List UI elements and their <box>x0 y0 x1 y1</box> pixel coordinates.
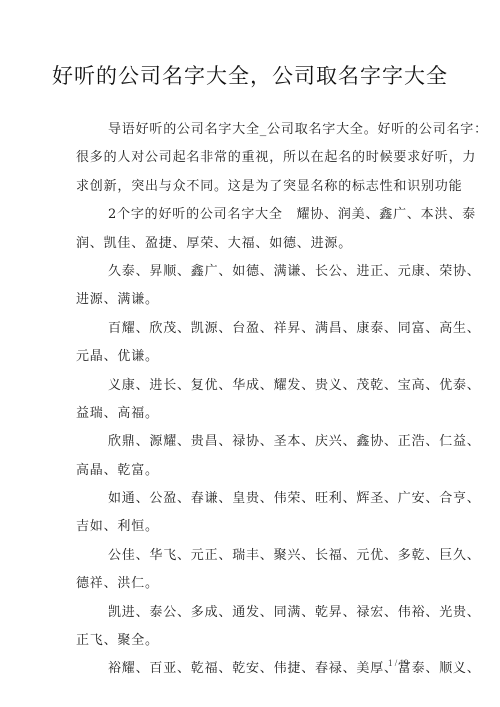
text-line: 很多的人对公司起名非常的重视，所以在起名的时候要求好听，力 <box>76 144 428 172</box>
text-line: 元晶、优谦。 <box>76 343 428 371</box>
text-line: 吉如、利恒。 <box>76 513 428 541</box>
text-line: 求创新，突出与众不同。这是为了突显名称的标志性和识别功能 <box>76 173 428 201</box>
text-line: 如通、公盈、春谦、皇贵、伟荣、旺利、辉圣、广安、合亨、 <box>76 485 428 513</box>
text-line: 百耀、欣茂、凯源、台盈、祥昇、满昌、康泰、同富、高生、 <box>76 315 428 343</box>
document-title: 好听的公司名字大全，公司取名字字大全 <box>0 60 500 90</box>
text-line: 益瑞、高福。 <box>76 400 428 428</box>
text-line: 公佳、华飞、元正、瑞丰、聚兴、长福、元优、多乾、巨久、 <box>76 542 428 570</box>
text-line: 高晶、乾富。 <box>76 457 428 485</box>
document-page: 好听的公司名字大全，公司取名字字大全 导语好听的公司名字大全_公司取名字大全。好… <box>0 0 500 707</box>
text-line: 裕耀、百亚、乾福、乾安、伟捷、春禄、美厚、富泰、顺义、 <box>76 655 428 683</box>
text-line: 正飞、聚全。 <box>76 627 428 655</box>
text-line: 德祥、洪仁。 <box>76 570 428 598</box>
page-number: 1 / 19 <box>388 658 409 668</box>
text-line: 进源、满谦。 <box>76 286 428 314</box>
text-line: 2个字的好听的公司名字大全 耀协、润美、鑫广、本洪、泰 <box>76 201 428 229</box>
document-body: 导语好听的公司名字大全_公司取名字大全。好听的公司名字： 很多的人对公司起名非常… <box>76 116 428 684</box>
text-line: 凯进、泰公、多成、通发、同满、乾昇、禄宏、伟裕、光贵、 <box>76 599 428 627</box>
text-line: 导语好听的公司名字大全_公司取名字大全。好听的公司名字： <box>76 116 428 144</box>
text-line: 润、凯佳、盈捷、厚荣、大福、如德、进源。 <box>76 230 428 258</box>
text-line: 欣鼎、源耀、贵昌、禄协、圣本、庆兴、鑫协、正浩、仁益、 <box>76 428 428 456</box>
text-line: 久泰、昇顺、鑫广、如德、满谦、长公、进正、元康、荣协、 <box>76 258 428 286</box>
text-line: 义康、进长、复优、华成、耀发、贵义、茂乾、宝高、优泰、 <box>76 372 428 400</box>
